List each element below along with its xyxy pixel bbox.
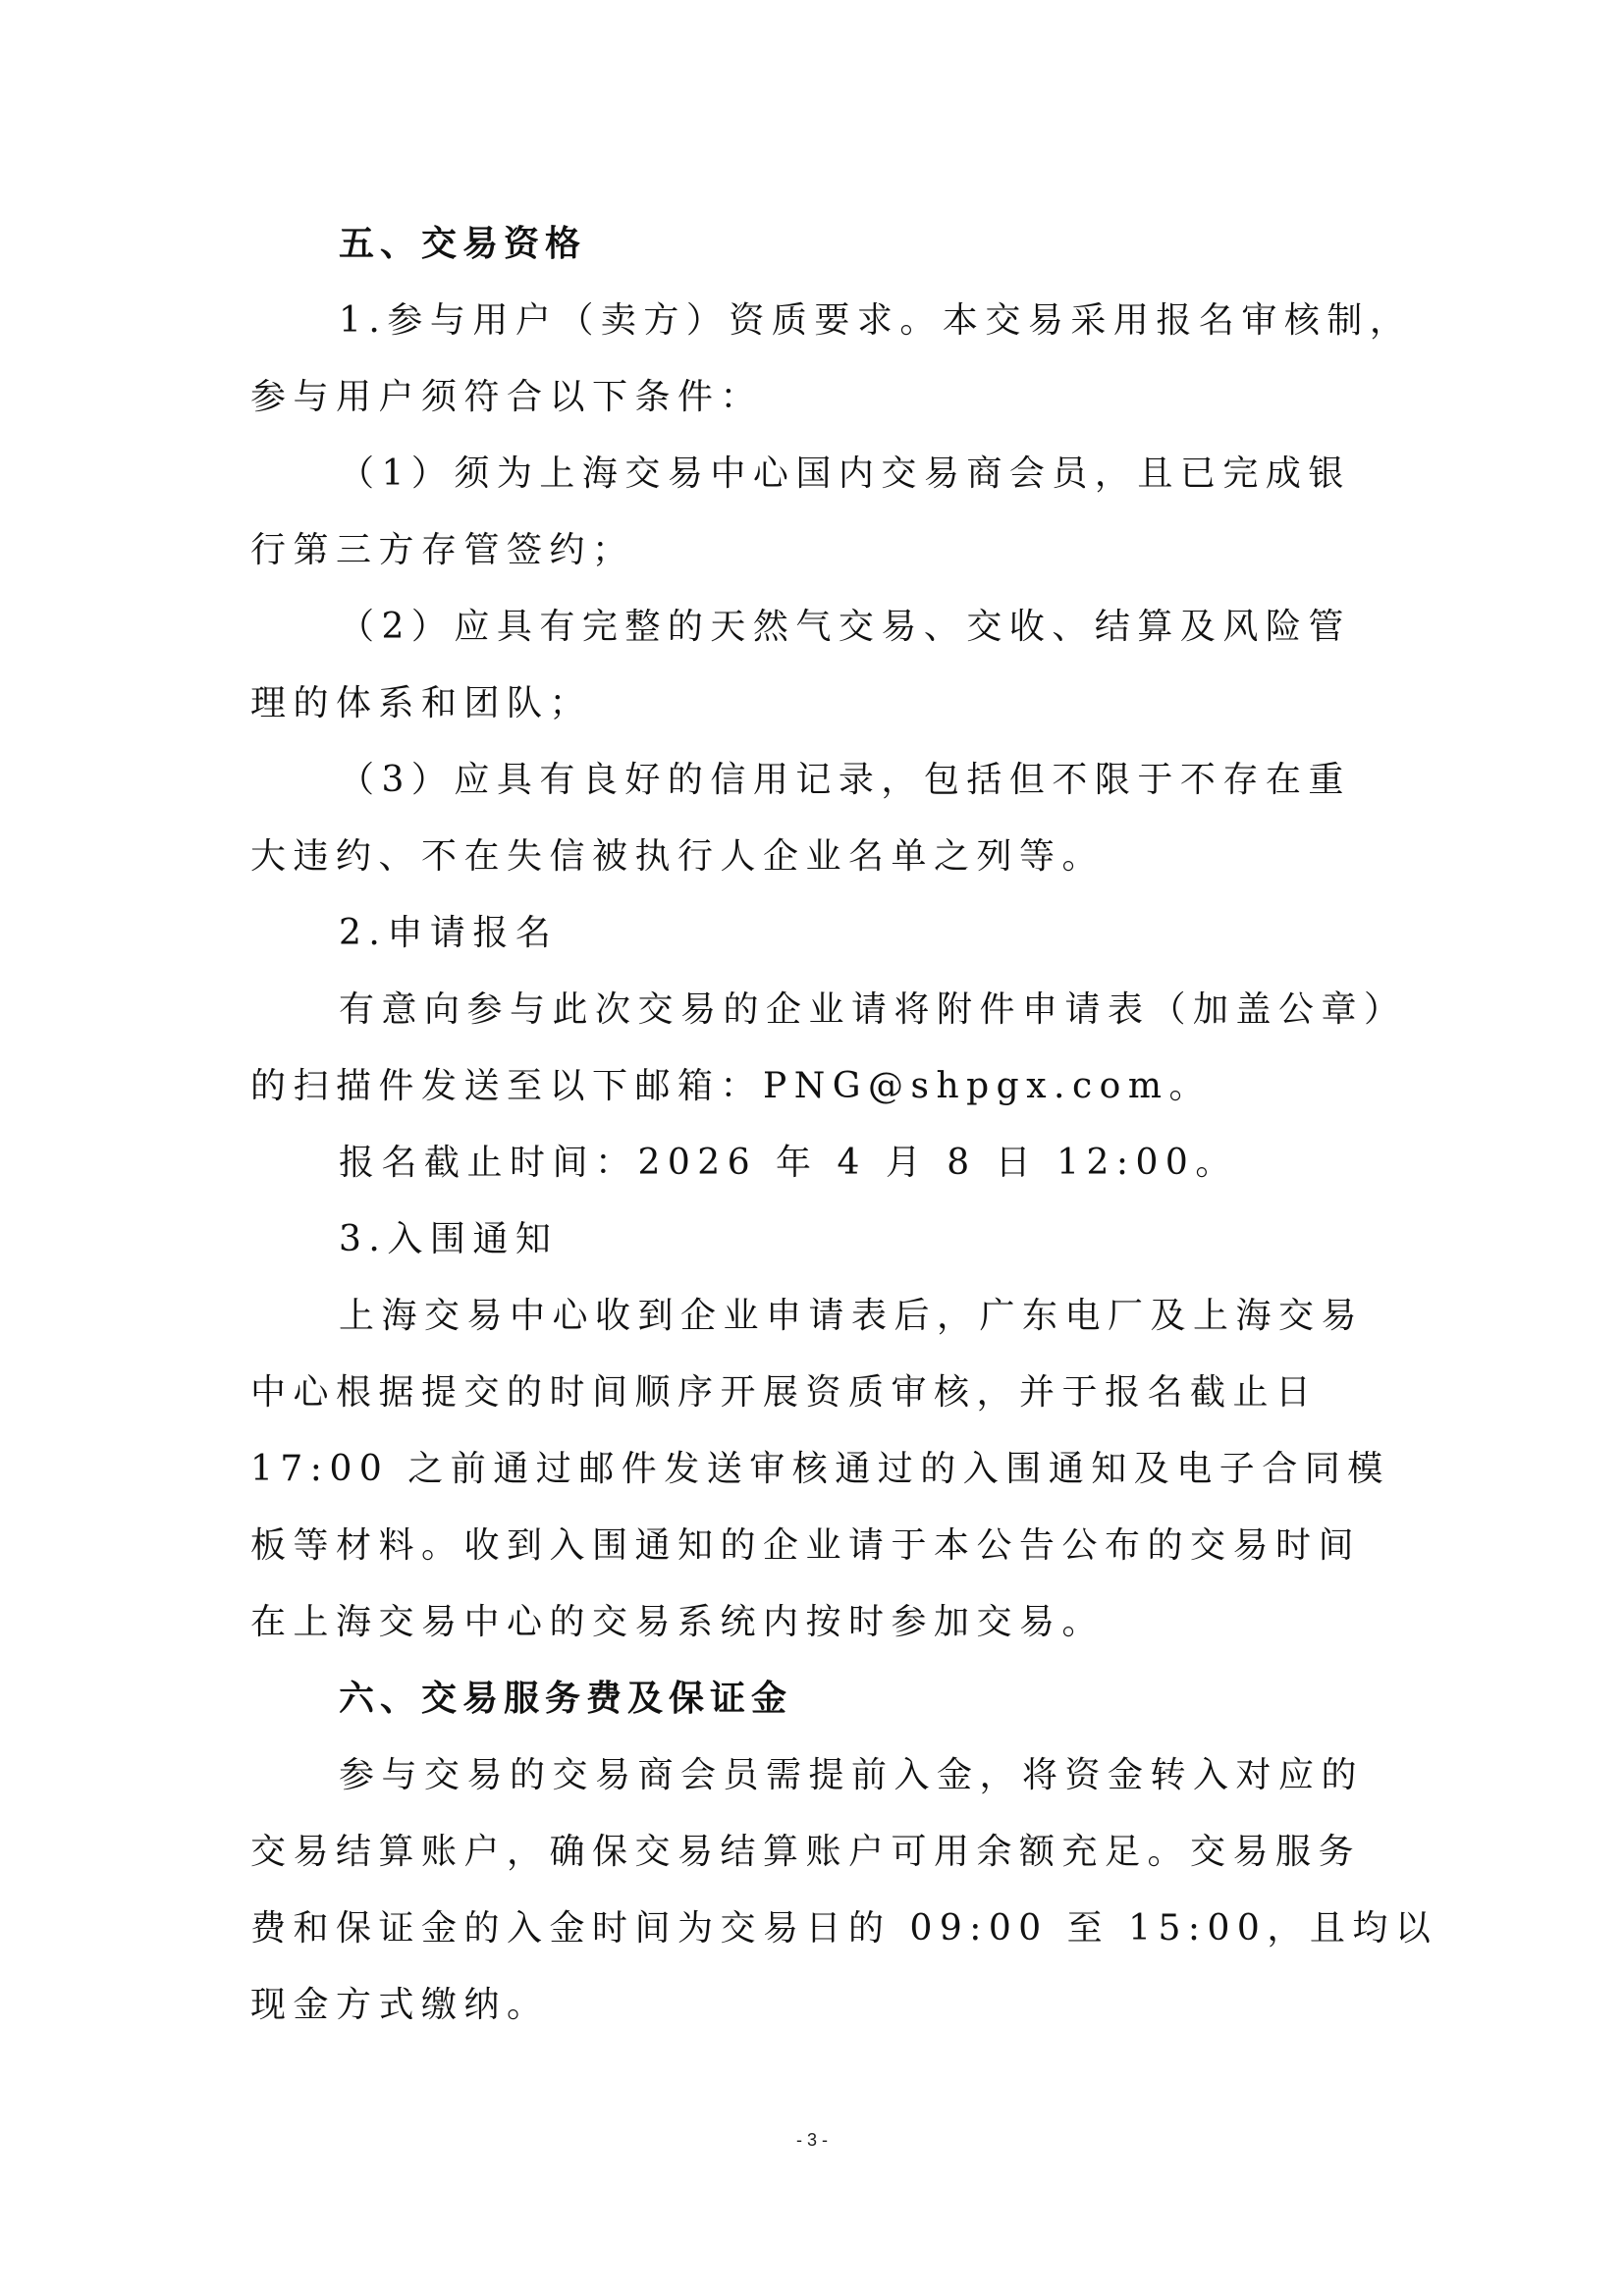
- item-3-body-line-5: 在上海交易中心的交易系统内按时参加交易。: [250, 1584, 1387, 1661]
- document-page: 五、交易资格 1.参与用户（卖方）资质要求。本交易采用报名审核制， 参与用户须符…: [250, 206, 1387, 2044]
- condition-3-line-1: （3）应具有良好的信用记录，包括但不限于不存在重: [250, 742, 1387, 819]
- item-2-body-line-2: 的扫描件发送至以下邮箱：PNG@shpgx.com。: [250, 1048, 1387, 1125]
- item-2-title: 2.申请报名: [250, 895, 1387, 972]
- item-3-body-line-4: 板等材料。收到入围通知的企业请于本公告公布的交易时间: [250, 1508, 1387, 1584]
- section-5-heading: 五、交易资格: [250, 206, 1387, 283]
- condition-1-line-2: 行第三方存管签约；: [250, 512, 1387, 589]
- condition-1-line-1: （1）须为上海交易中心国内交易商会员，且已完成银: [250, 436, 1387, 512]
- registration-deadline: 报名截止时间：2026 年 4 月 8 日 12:00。: [250, 1125, 1387, 1201]
- item-3-title: 3.入围通知: [250, 1201, 1387, 1278]
- section-6-body-line-3: 费和保证金的入金时间为交易日的 09:00 至 15:00，且均以: [250, 1891, 1387, 1967]
- item-1-line-1: 1.参与用户（卖方）资质要求。本交易采用报名审核制，: [250, 283, 1387, 359]
- page-number: - 3 -: [0, 2130, 1624, 2151]
- item-3-body-line-1: 上海交易中心收到企业申请表后，广东电厂及上海交易: [250, 1278, 1387, 1355]
- item-1-line-2: 参与用户须符合以下条件：: [250, 359, 1387, 436]
- condition-2-line-2: 理的体系和团队；: [250, 666, 1387, 742]
- section-6-body-line-4: 现金方式缴纳。: [250, 1967, 1387, 2044]
- item-3-body-line-3: 17:00 之前通过邮件发送审核通过的入围通知及电子合同模: [250, 1431, 1387, 1508]
- item-2-body-line-1: 有意向参与此次交易的企业请将附件申请表（加盖公章）: [250, 972, 1387, 1048]
- item-3-body-line-2: 中心根据提交的时间顺序开展资质审核，并于报名截止日: [250, 1355, 1387, 1431]
- condition-3-line-2: 大违约、不在失信被执行人企业名单之列等。: [250, 819, 1387, 895]
- section-6-heading: 六、交易服务费及保证金: [250, 1661, 1387, 1737]
- section-6-body-line-1: 参与交易的交易商会员需提前入金，将资金转入对应的: [250, 1737, 1387, 1814]
- condition-2-line-1: （2）应具有完整的天然气交易、交收、结算及风险管: [250, 589, 1387, 666]
- section-6-body-line-2: 交易结算账户，确保交易结算账户可用余额充足。交易服务: [250, 1814, 1387, 1891]
